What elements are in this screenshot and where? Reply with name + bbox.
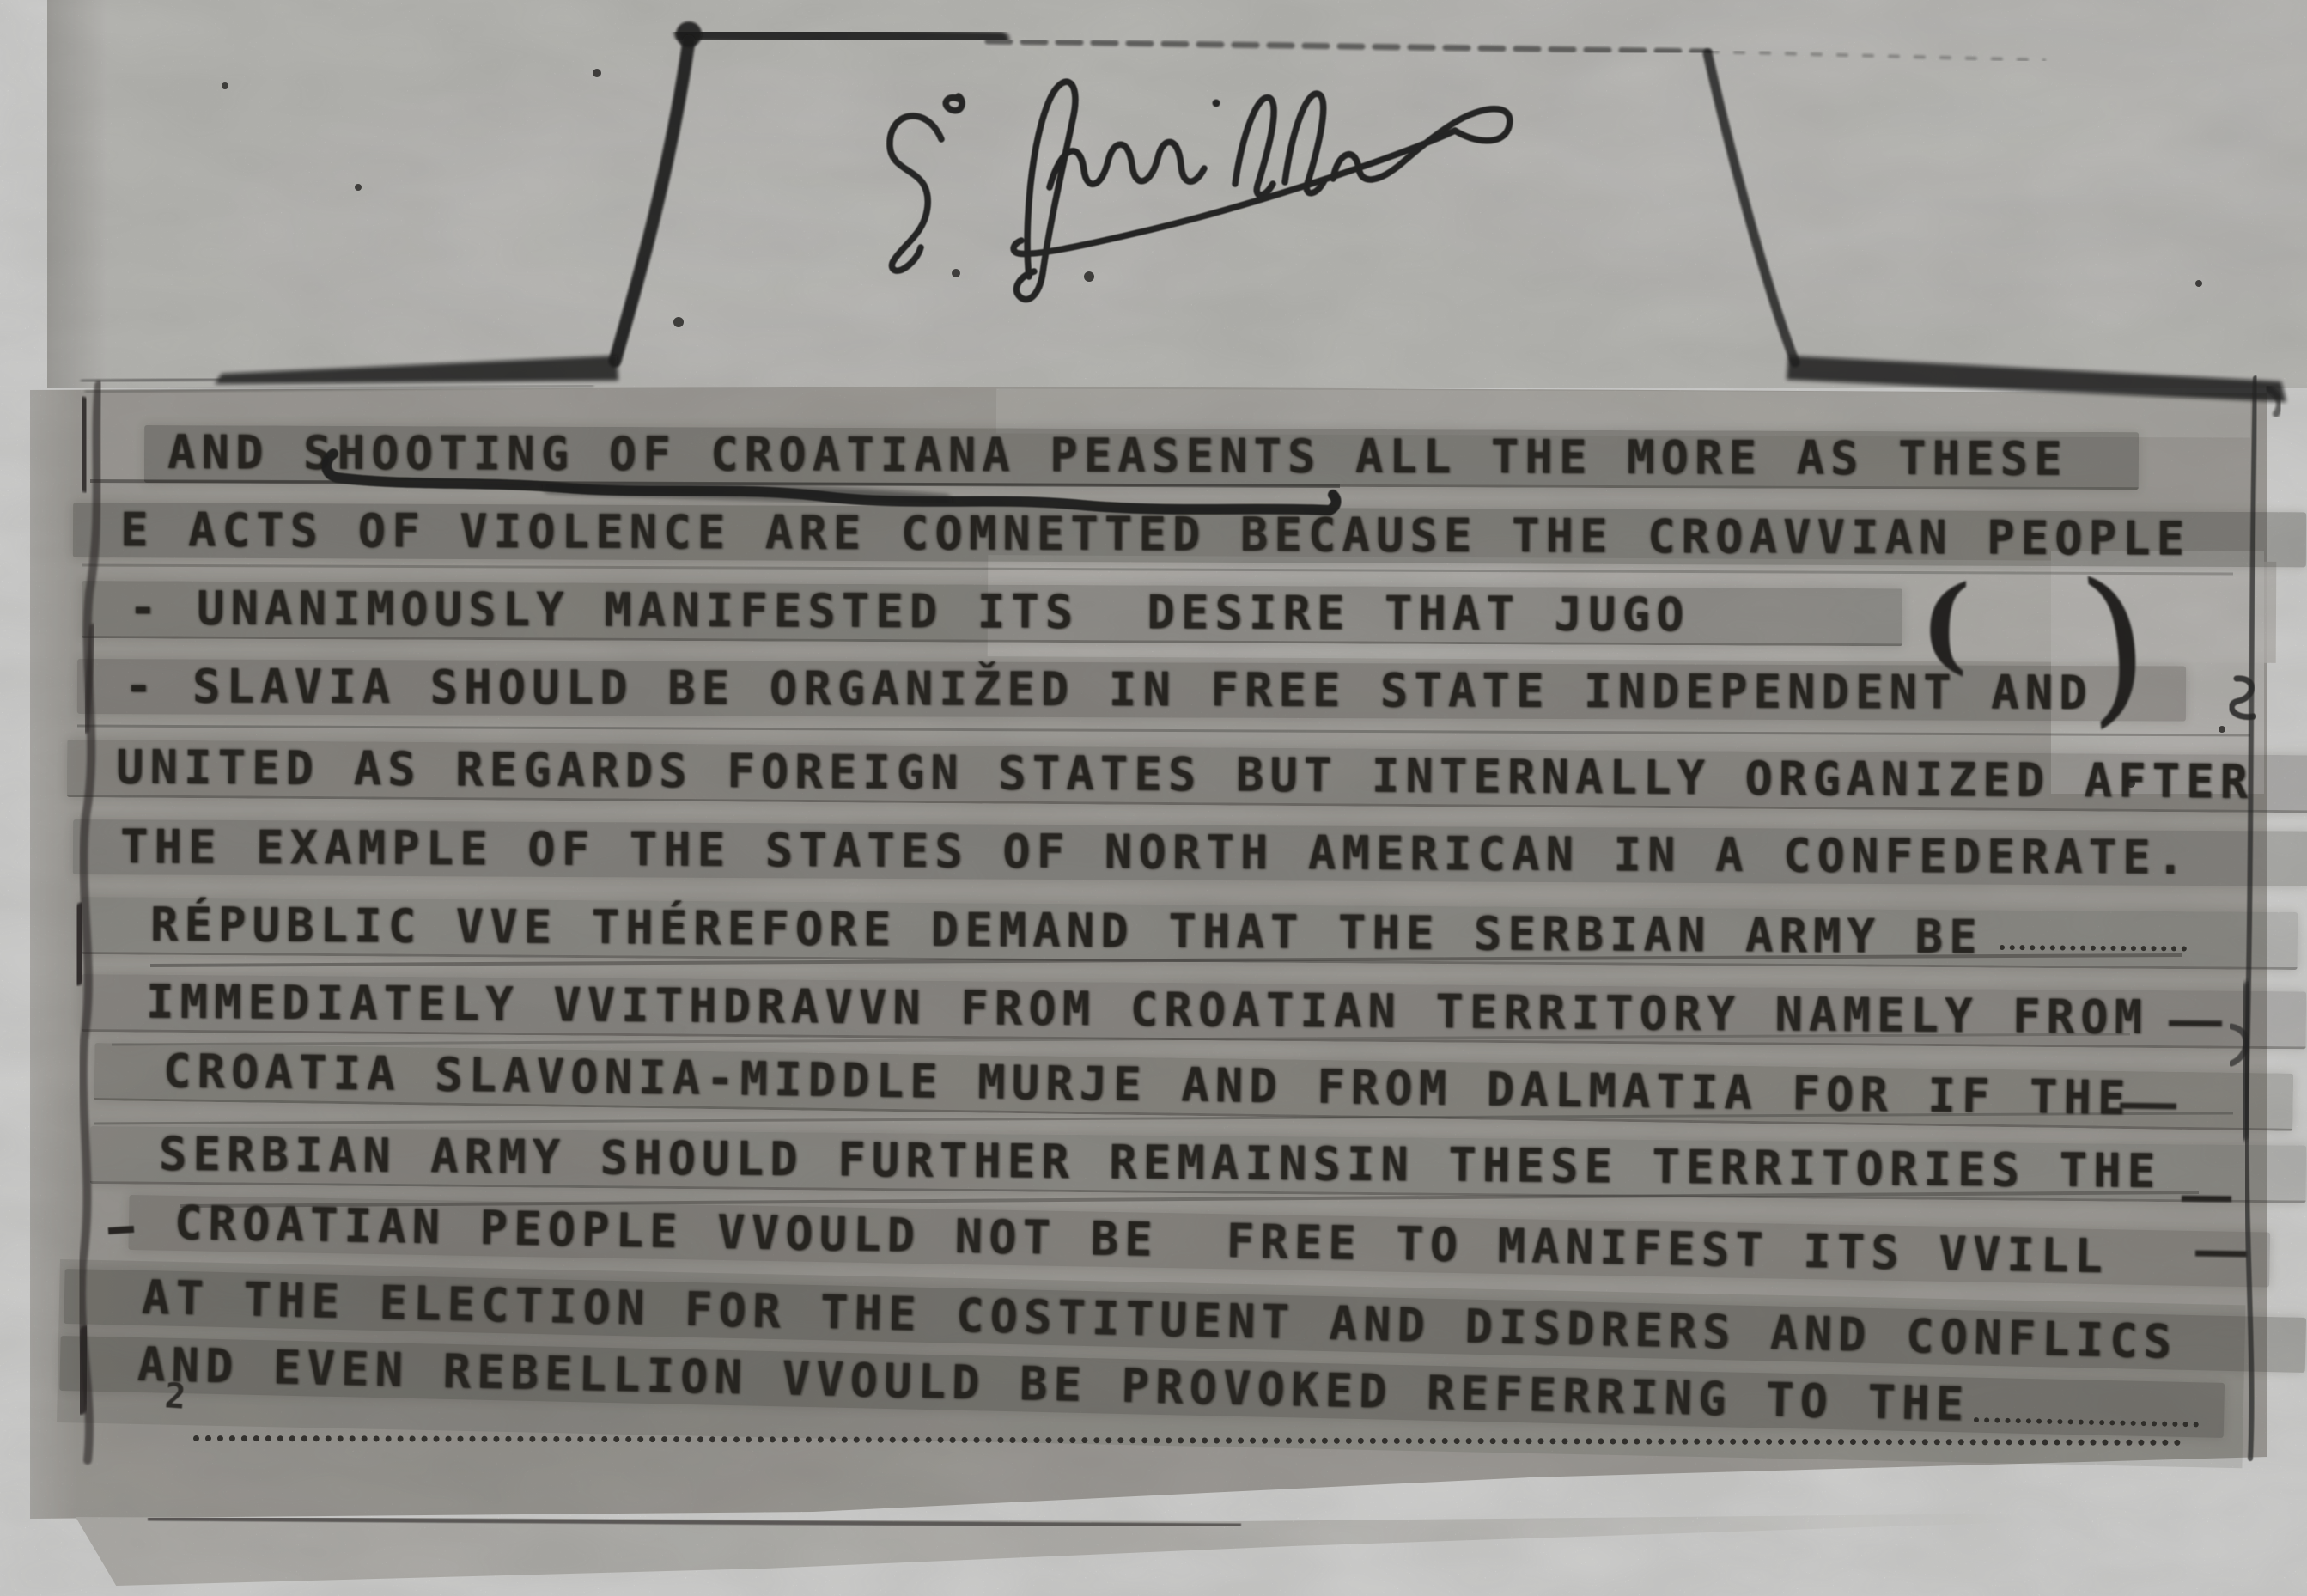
telegram-line-text: - SLAVIA SHOULD BE ORGANIŽED IN FREE STA… <box>125 659 2093 721</box>
trailing-dash <box>2120 1103 2176 1110</box>
telegram-line-strip: AND SHOOTING OF CROATIANA PEASENTS ALL T… <box>144 425 2139 490</box>
trailing-dash <box>2169 1020 2222 1027</box>
telegram-line-text: AND SHOOTING OF CROATIANA PEASENTS ALL T… <box>167 425 2068 487</box>
top-form-sheet <box>47 0 2307 388</box>
telegram-line-text: RÉPUBLIC VVE THÉREFORE DEMAND THAT THE S… <box>150 898 1983 966</box>
underlying-sheet-edge <box>76 1510 2103 1587</box>
handwritten-paren-open: ( <box>1919 570 1972 676</box>
telegram-line-text: - UNANIMOUSLY MANIFESTED ITS DESIRE THAT… <box>129 581 1690 643</box>
telegram-line-strip: E ACTS OF VIOLENCE ARE COMNETTED BECAUSE… <box>73 503 2306 567</box>
telegram-line-text: THE EXAMPLE OF THE STATES OF NORTH AMERI… <box>120 819 2190 886</box>
trailing-dash <box>2195 1250 2247 1257</box>
telegram-line-strip: - UNANIMOUSLY MANIFESTED ITS DESIRE THAT… <box>82 581 1902 646</box>
telegram-photograph: AND SHOOTING OF CROATIANA PEASENTS ALL T… <box>0 0 2307 1596</box>
telegram-line-strip: THE EXAMPLE OF THE STATES OF NORTH AMERI… <box>73 819 2307 886</box>
telegram-line-strip: - SLAVIA SHOULD BE ORGANIŽED IN FREE STA… <box>77 659 2186 722</box>
page-number-mark: 2 <box>164 1379 187 1415</box>
telegram-line-text: E ACTS OF VIOLENCE ARE COMNETTED BECAUSE… <box>120 503 2190 567</box>
trailing-dash <box>2182 1196 2231 1203</box>
